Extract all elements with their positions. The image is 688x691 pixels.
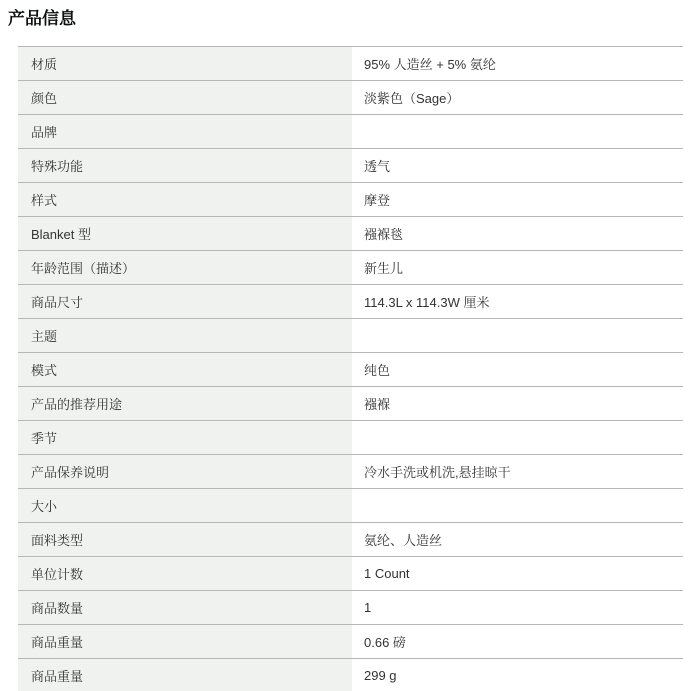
- spec-value: 襁褓毯: [352, 217, 683, 250]
- spec-value: [352, 421, 683, 454]
- spec-label: 样式: [18, 183, 352, 216]
- spec-label: 年龄范围（描述）: [18, 251, 352, 284]
- table-row: 产品保养说明 冷水手洗或机洗,悬挂晾干: [18, 455, 683, 489]
- table-row: Blanket 型 襁褓毯: [18, 217, 683, 251]
- spec-label: 商品尺寸: [18, 285, 352, 318]
- spec-value: 1: [352, 591, 683, 624]
- spec-value: 0.66 磅: [352, 625, 683, 658]
- spec-label: 季节: [18, 421, 352, 454]
- table-row: 季节: [18, 421, 683, 455]
- spec-label: 面料类型: [18, 523, 352, 556]
- spec-value: [352, 115, 683, 148]
- table-row: 面料类型 氨纶、人造丝: [18, 523, 683, 557]
- spec-value: 透气: [352, 149, 683, 182]
- table-row: 颜色 淡紫色（Sage）: [18, 81, 683, 115]
- spec-value: 新生儿: [352, 251, 683, 284]
- table-row: 大小: [18, 489, 683, 523]
- table-row: 品牌: [18, 115, 683, 149]
- table-row: 产品的推荐用途 襁褓: [18, 387, 683, 421]
- spec-label: Blanket 型: [18, 217, 352, 250]
- table-row: 样式 摩登: [18, 183, 683, 217]
- spec-value: [352, 319, 683, 352]
- spec-value: 淡紫色（Sage）: [352, 81, 683, 114]
- spec-value: 1 Count: [352, 557, 683, 590]
- table-row: 商品重量 299 g: [18, 659, 683, 691]
- table-row: 商品数量 1: [18, 591, 683, 625]
- spec-label: 品牌: [18, 115, 352, 148]
- spec-value: 299 g: [352, 659, 683, 691]
- spec-label: 主题: [18, 319, 352, 352]
- table-row: 特殊功能 透气: [18, 149, 683, 183]
- spec-value: 冷水手洗或机洗,悬挂晾干: [352, 455, 683, 488]
- spec-value: 95% 人造丝 + 5% 氨纶: [352, 47, 683, 80]
- spec-label: 单位计数: [18, 557, 352, 590]
- table-row: 单位计数 1 Count: [18, 557, 683, 591]
- spec-value: 氨纶、人造丝: [352, 523, 683, 556]
- product-info-table: 材质 95% 人造丝 + 5% 氨纶 颜色 淡紫色（Sage） 品牌 特殊功能 …: [18, 46, 683, 691]
- product-information-section: 产品信息 材质 95% 人造丝 + 5% 氨纶 颜色 淡紫色（Sage） 品牌 …: [0, 9, 688, 691]
- spec-label: 模式: [18, 353, 352, 386]
- spec-value: 纯色: [352, 353, 683, 386]
- table-row: 商品尺寸 114.3L x 114.3W 厘米: [18, 285, 683, 319]
- spec-value: 襁褓: [352, 387, 683, 420]
- spec-label: 产品的推荐用途: [18, 387, 352, 420]
- spec-value: 114.3L x 114.3W 厘米: [352, 285, 683, 318]
- spec-label: 大小: [18, 489, 352, 522]
- page-title: 产品信息: [8, 9, 688, 29]
- spec-label: 产品保养说明: [18, 455, 352, 488]
- spec-label: 材质: [18, 47, 352, 80]
- table-row: 主题: [18, 319, 683, 353]
- spec-label: 特殊功能: [18, 149, 352, 182]
- spec-label: 颜色: [18, 81, 352, 114]
- spec-value: 摩登: [352, 183, 683, 216]
- spec-label: 商品重量: [18, 659, 352, 691]
- spec-value: [352, 489, 683, 522]
- table-row: 年龄范围（描述） 新生儿: [18, 251, 683, 285]
- table-row: 材质 95% 人造丝 + 5% 氨纶: [18, 47, 683, 81]
- spec-label: 商品数量: [18, 591, 352, 624]
- table-row: 商品重量 0.66 磅: [18, 625, 683, 659]
- spec-label: 商品重量: [18, 625, 352, 658]
- table-row: 模式 纯色: [18, 353, 683, 387]
